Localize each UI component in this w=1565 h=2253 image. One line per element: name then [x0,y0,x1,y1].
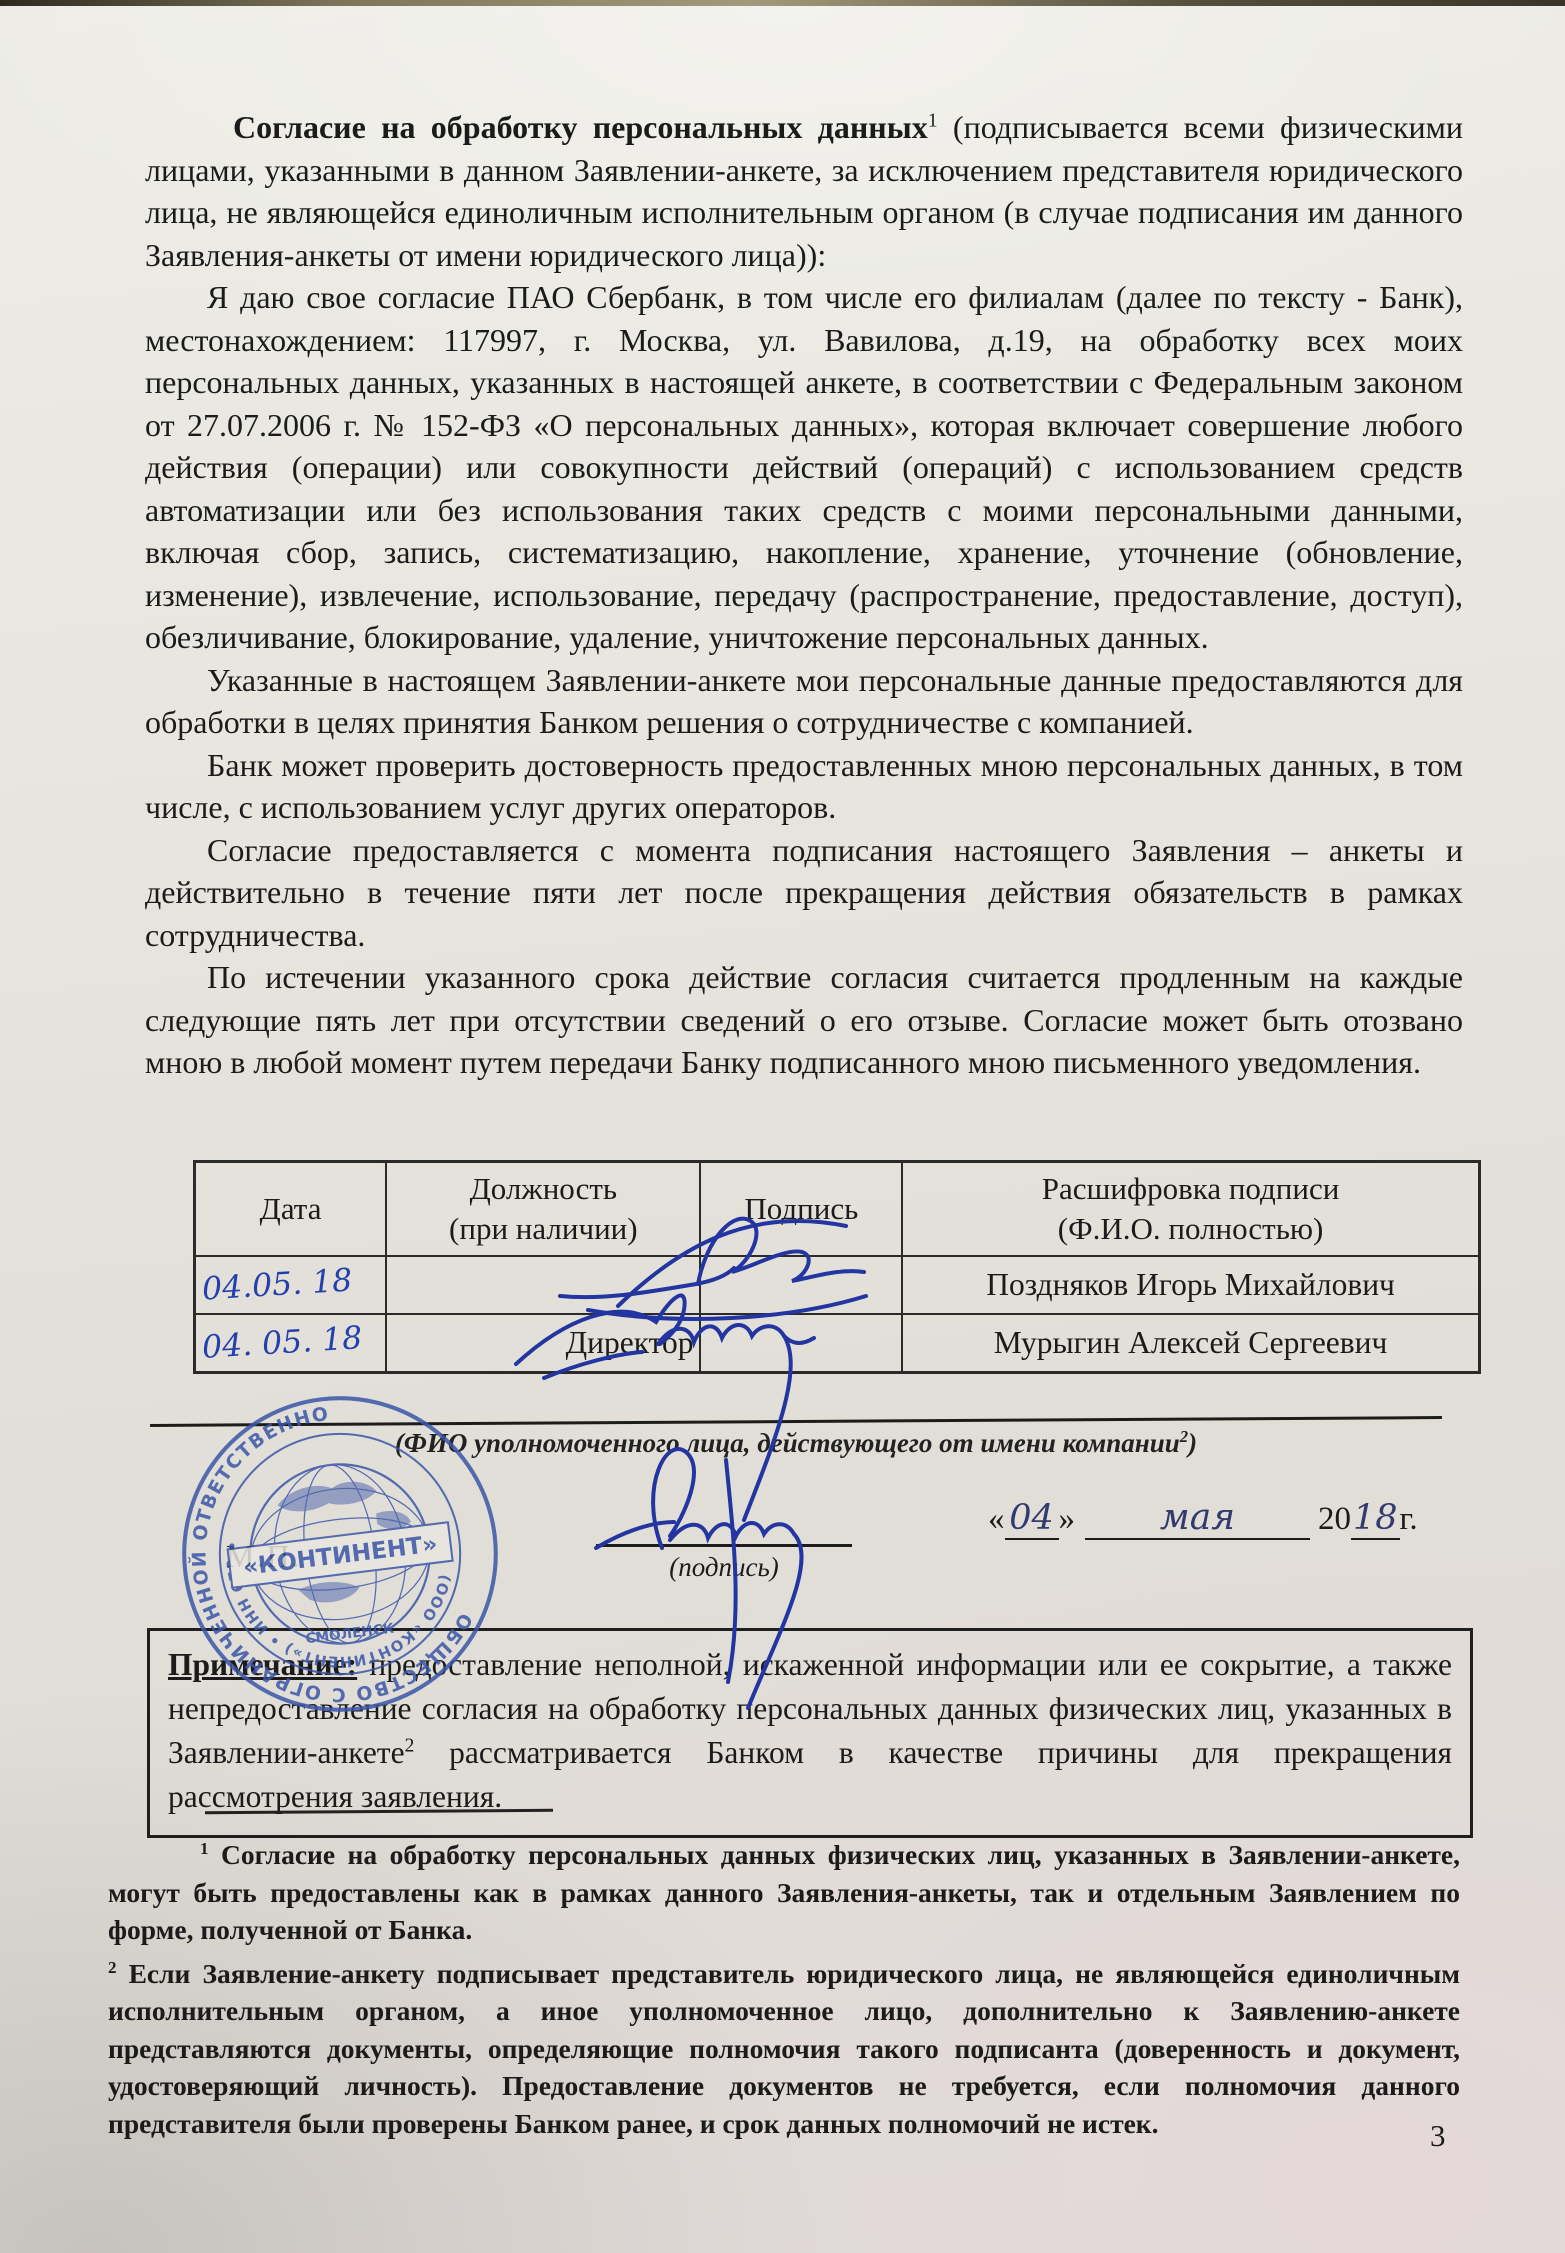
paragraph-consent-scope: Я даю свое согласие ПАО Сбербанк, в том … [145,276,1463,659]
footnote-2: 2 Если Заявление-анкету подписывает пред… [108,1955,1460,2143]
date-handwritten-2: 04. 05. 18 [195,1314,387,1373]
date-year-prefix: 20 [1318,1501,1351,1537]
title-footnote-ref: 1 [928,109,938,131]
page-number: 3 [1430,2118,1446,2154]
col-header-position: Должность (при наличии) [386,1162,700,1257]
date-day-handwritten: 04 [1009,1498,1054,1538]
table-row: 04. 05. 18 Директор Мурыгин Алексей Серг… [195,1314,1480,1373]
paragraph-validity: Согласие предоставляется с момента подпи… [145,829,1463,957]
note-footnote-ref: 2 [405,1736,415,1757]
date-handwritten-1: 04.05. 18 [195,1256,387,1314]
date-month-handwritten: мая [1160,1497,1235,1538]
date-quote-open: « [988,1501,1005,1537]
signature-table: Дата Должность (при наличии) Подпись Рас… [193,1160,1481,1374]
paragraph-revocation: По истечении указанного срока действие с… [145,956,1463,1084]
signature-line-caption: (подпись) [596,1552,852,1583]
paragraph-purpose: Указанные в настоящем Заявлении-анкете м… [145,659,1463,744]
signature-cell-2 [700,1314,902,1373]
footnote-1: 1 Согласие на обработку персональных дан… [108,1836,1460,1949]
table-header-row: Дата Должность (при наличии) Подпись Рас… [195,1162,1480,1257]
col-header-date: Дата [195,1162,387,1257]
consent-text-block: Согласие на обработку персональных данны… [145,106,1463,1084]
date-quote-close: » [1059,1501,1076,1537]
date-year-suffix: г. [1400,1501,1418,1537]
col-header-signature: Подпись [700,1162,902,1257]
position-cell-1 [386,1256,700,1314]
date-year-handwritten: 18 [1353,1498,1398,1538]
consent-title: Согласие на обработку персональных данны… [233,109,928,145]
signature-line [596,1544,852,1547]
footnotes-block: 1 Согласие на обработку персональных дан… [108,1836,1460,2148]
scan-top-edge [0,0,1565,6]
table-row: 04.05. 18 Поздняков Игорь Михайлович [195,1256,1480,1314]
company-seal-stamp: ОБЩЕСТВО С ОГРАНИЧЕННОЙ ОТВЕТСТВЕННОСТЬЮ… [153,1367,527,1741]
name-cell-2: Мурыгин Алексей Сергеевич [902,1314,1479,1373]
signature-cell-1 [700,1256,902,1314]
col-header-name: Расшифровка подписи (Ф.И.О. полностью) [902,1162,1479,1257]
paragraph-verification: Банк может проверить достоверность предо… [145,744,1463,829]
date-line: «04»мая2018г. [988,1496,1418,1540]
consent-title-paragraph: Согласие на обработку персональных данны… [145,106,1463,276]
position-cell-2: Директор [386,1314,700,1373]
name-cell-1: Поздняков Игорь Михайлович [902,1256,1479,1314]
scanned-consent-page: Согласие на обработку персональных данны… [0,0,1565,2253]
